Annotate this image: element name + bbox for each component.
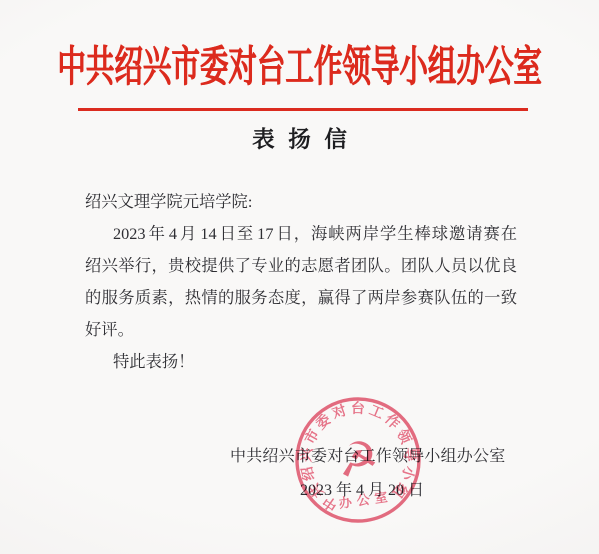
closing-line: 特此表扬！ [85,346,517,378]
signature-org-name: 中共绍兴市委对台工作领导小组办公室 [230,446,505,468]
salutation-line: 绍兴文理学院元培学院: [85,186,517,218]
document-title: 表 扬 信 [0,126,599,154]
body-line-2: 绍兴举行，贵校提供了专业的志愿者团队。团队人员以优良 [85,250,517,282]
scanned-letter-page: 中共绍兴市委对台工作领导小组办公室 表 扬 信 绍兴文理学院元培学院: 2023… [0,0,599,554]
letterhead-red-rule [78,108,528,111]
body-line-1: 2023 年 4 月 14 日至 17 日，海峡两岸学生棒球邀请赛在 [85,218,517,250]
signature-date: 2023 年 4 月 20 日 [287,480,437,502]
letterhead-org-title: 中共绍兴市委对台工作领导小组办公室 [0,35,599,104]
body-line-4: 好评。 [85,314,517,346]
body-line-3: 的服务质素，热情的服务态度，赢得了两岸参赛队伍的一致 [85,282,517,314]
letter-body: 绍兴文理学院元培学院: 2023 年 4 月 14 日至 17 日，海峡两岸学生… [85,186,517,378]
